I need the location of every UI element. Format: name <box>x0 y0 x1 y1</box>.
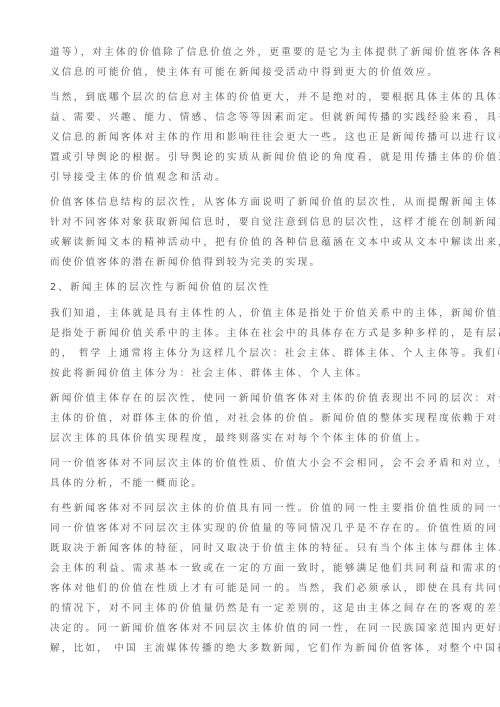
text-line: 同一价值客体对不同层次主体的价值性质、价值大小会不会相同，会不会矛盾和对立，要作 <box>50 454 450 474</box>
text-line: 主体的价值，对群体主体的价值，对社会体的价值。新闻价值的整体实现程度依赖于对各个 <box>50 409 450 429</box>
text-line: 的情况下，对不同主体的价值量仍然是有一定差别的，这是由主体之间存在的客观的差异所 <box>50 599 450 619</box>
paragraph-5: 新闻价值主体存在的层次性，使同一新闻价值客体对主体的价值表现出不同的层次：对个人… <box>50 389 450 449</box>
text-line: 决定的。同一新闻价值客体对不同层次主体价值的同一性，在同一民族国家范围内更好理 <box>50 619 450 639</box>
text-line: 或解读新闻文本的精神活动中，把有价值的各种信息蕴涵在文本中或从文本中解读出来，从 <box>50 233 450 253</box>
text-line: 引导接受主体的价值观念和活动。 <box>50 168 450 188</box>
text-line: 按此将新闻价值主体分为：社会主体、群体主体、个人主体。 <box>50 364 450 384</box>
text-line: 而使价值客体的潜在新闻价值得到较为完美的实现。 <box>50 253 450 273</box>
text-line: 同一价值客体对不同层次主体实现的价值量的等同情况几乎是不存在的。价值性质的同一性 <box>50 519 450 539</box>
paragraph-2: 当然，到底哪个层次的信息对主体的价值更大，并不是绝对的，要根据具体主体的具体利 … <box>50 88 450 188</box>
text-line: 层次主体的具体价值实现程度，最终则落实在对每个个体主体的价值上。 <box>50 429 450 449</box>
text-line: 的， 哲学 上通常将主体分为这样几个层次：社会主体、群体主体、个人主体等。我们可… <box>50 344 450 364</box>
text-line: 当然，到底哪个层次的信息对主体的价值更大，并不是绝对的，要根据具体主体的具体利 <box>50 88 450 108</box>
text-line: 会主体的利益、需求基本一致或在一定的方面一致时，能够满足他们共同利益和需求的价值 <box>50 559 450 579</box>
text-line: 有些新闻客体对不同层次主体的价值具有同一性。价值的同一性主要指价值性质的同一性， <box>50 499 450 519</box>
text-line: 益、需要、兴趣、能力、情感、信念等等因素而定。但就新闻传播的实践经验来看，具有意 <box>50 108 450 128</box>
text-line: 置或引导舆论的根据。引导舆论的实质从新闻价值论的角度看，就是用传播主体的价值追求 <box>50 148 450 168</box>
heading-text: 2、新闻主体的层次性与新闻价值的层次性 <box>50 278 450 298</box>
text-line: 价值客体信息结构的层次性，从客体方面说明了新闻价值的层次性，从而提醒新闻主体：在 <box>50 193 450 213</box>
text-line: 针对不同客体对象获取新闻信息时，要自觉注意到信息的层次性，这样才能在创制新闻文本 <box>50 213 450 233</box>
text-line: 我们知道，主体就是具有主体性的人，价值主体是指处于价值关系中的主体，新闻价值主体 <box>50 304 450 324</box>
text-line: 道等），对主体的价值除了信息价值之外，更重要的是它为主体提供了新闻价值客体各种意 <box>50 43 450 63</box>
section-heading: 2、新闻主体的层次性与新闻价值的层次性 <box>50 278 450 298</box>
paragraph-1: 道等），对主体的价值除了信息价值之外，更重要的是它为主体提供了新闻价值客体各种意… <box>50 43 450 83</box>
text-line: 是指处于新闻价值关系中的主体。主体在社会中的具体存在方式是多种多样的，是有层次 <box>50 324 450 344</box>
paragraph-4: 我们知道，主体就是具有主体性的人，价值主体是指处于价值关系中的主体，新闻价值主体… <box>50 304 450 384</box>
text-line: 客体对他们的价值在性质上才有可能是同一的。当然，我们必须承认，即使在具有共同价值 <box>50 579 450 599</box>
text-line: 既取决于新闻客体的特征，同时又取决于价值主体的特征。只有当个体主体与群体主体、社 <box>50 539 450 559</box>
text-line: 新闻价值主体存在的层次性，使同一新闻价值客体对主体的价值表现出不同的层次：对个人 <box>50 389 450 409</box>
document-page: 道等），对主体的价值除了信息价值之外，更重要的是它为主体提供了新闻价值客体各种意… <box>50 43 450 664</box>
text-line: 义信息的可能价值，使主体有可能在新闻接受活动中得到更大的价值效应。 <box>50 63 450 83</box>
paragraph-7: 有些新闻客体对不同层次主体的价值具有同一性。价值的同一性主要指价值性质的同一性，… <box>50 499 450 659</box>
text-line: 具体的分析，不能一概而论。 <box>50 474 450 494</box>
text-line: 解，比如， 中国 主流媒体传播的绝大多数新闻，它们作为新闻价值客体，对整个中国社 <box>50 639 450 659</box>
text-line: 义信息的新闻客体对主体的作用和影响往往会更大一些。这也正是新闻传播可以进行议程设 <box>50 128 450 148</box>
paragraph-6: 同一价值客体对不同层次主体的价值性质、价值大小会不会相同，会不会矛盾和对立，要作… <box>50 454 450 494</box>
paragraph-3: 价值客体信息结构的层次性，从客体方面说明了新闻价值的层次性，从而提醒新闻主体：在… <box>50 193 450 273</box>
